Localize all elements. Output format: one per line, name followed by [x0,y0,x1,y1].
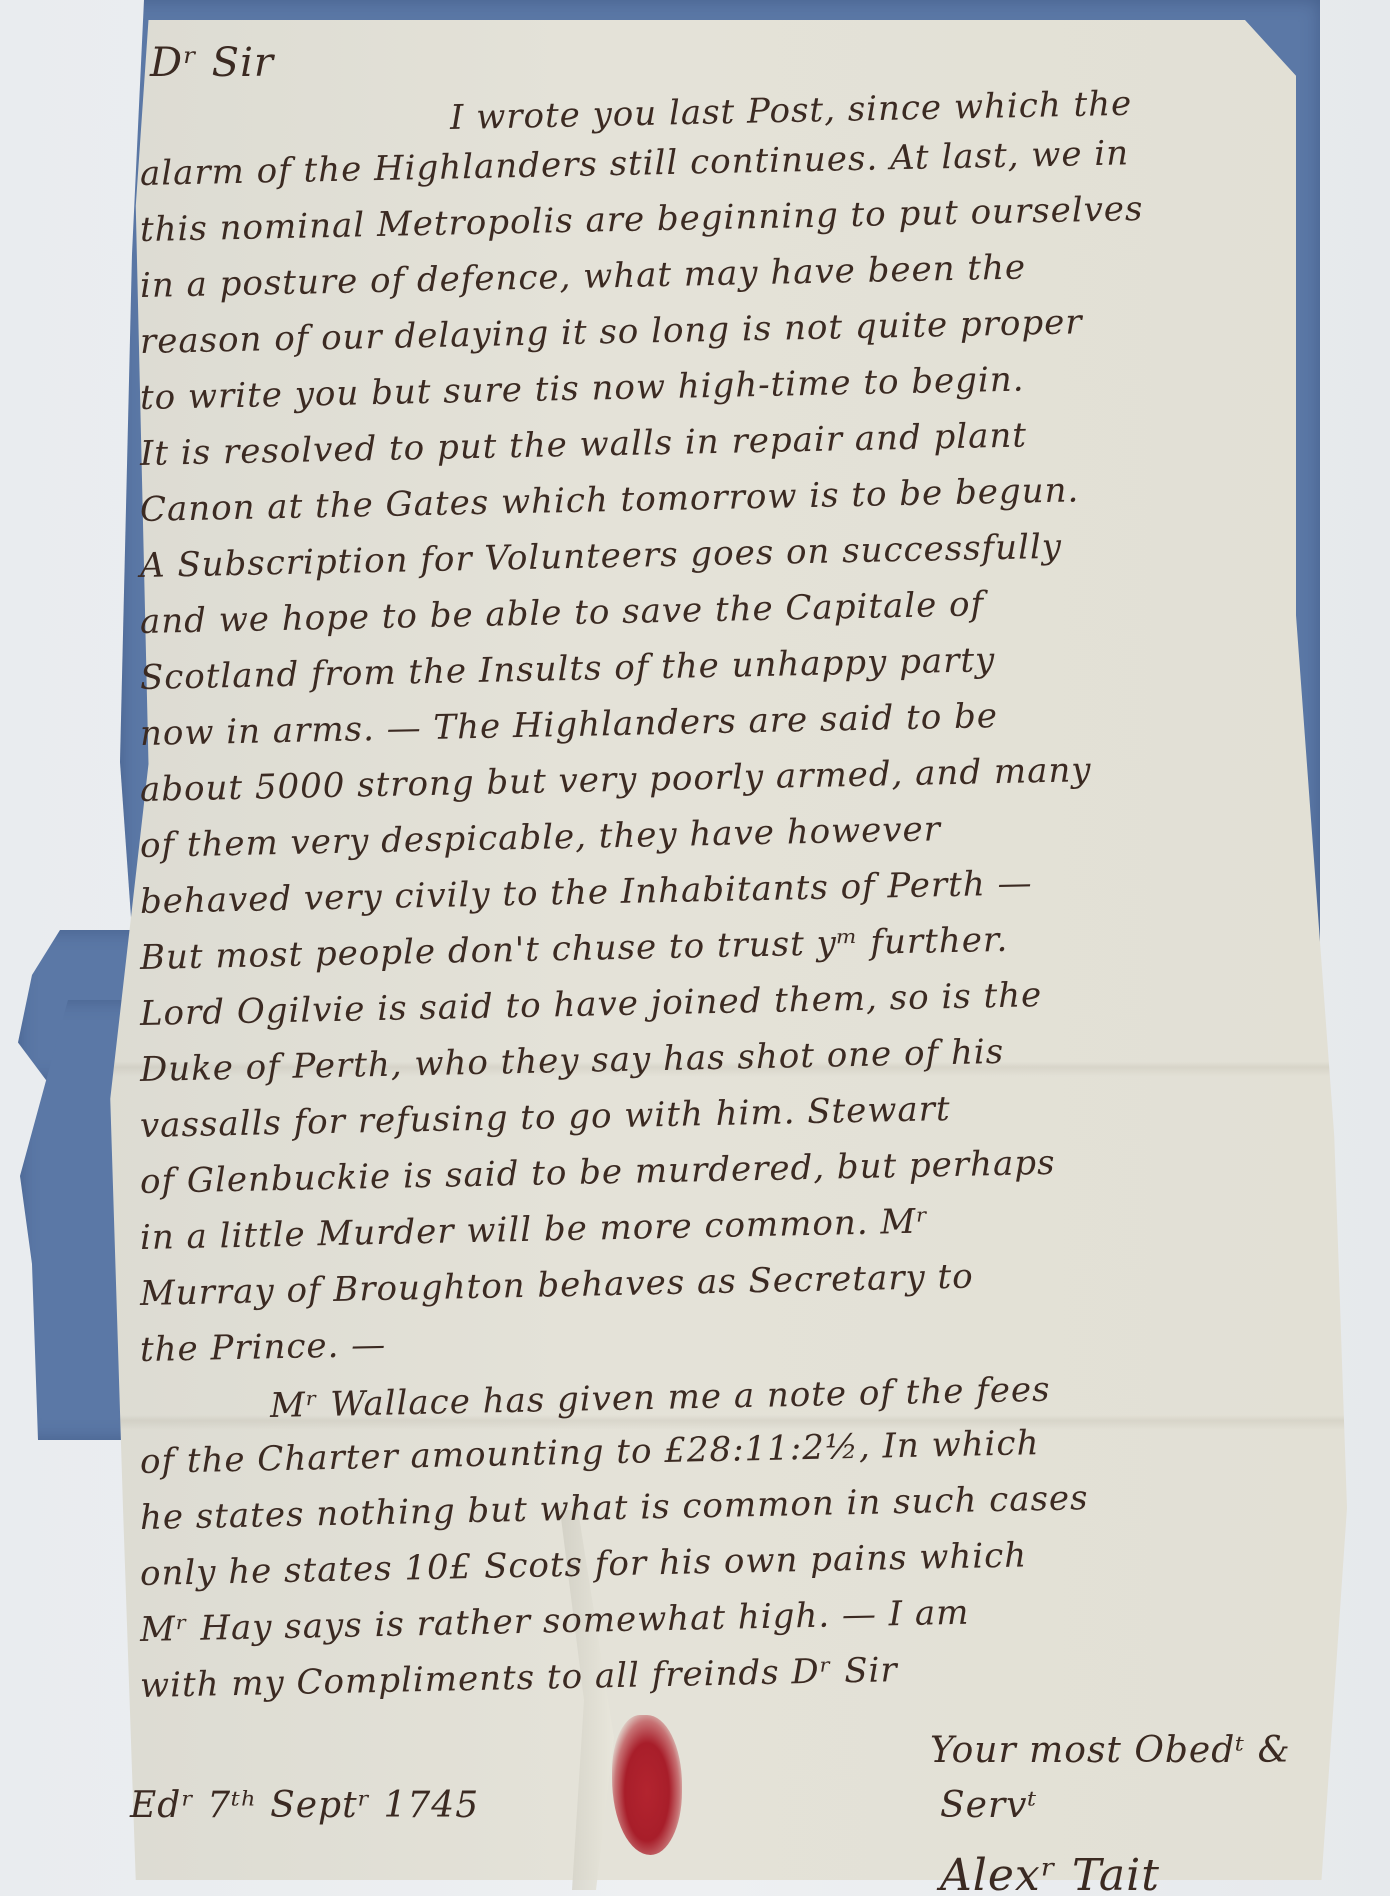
date-line: Edʳ 7ᵗʰ Septʳ 1745 [130,1785,479,1826]
closing-servant: Servᵗ [940,1785,1037,1826]
letter-line: the Prince. — [140,1325,387,1370]
salutation: Dʳ Sir [150,40,274,86]
closing-line: Your most Obedᵗ & [930,1730,1291,1771]
signature: Alexʳ Tait [940,1850,1160,1896]
